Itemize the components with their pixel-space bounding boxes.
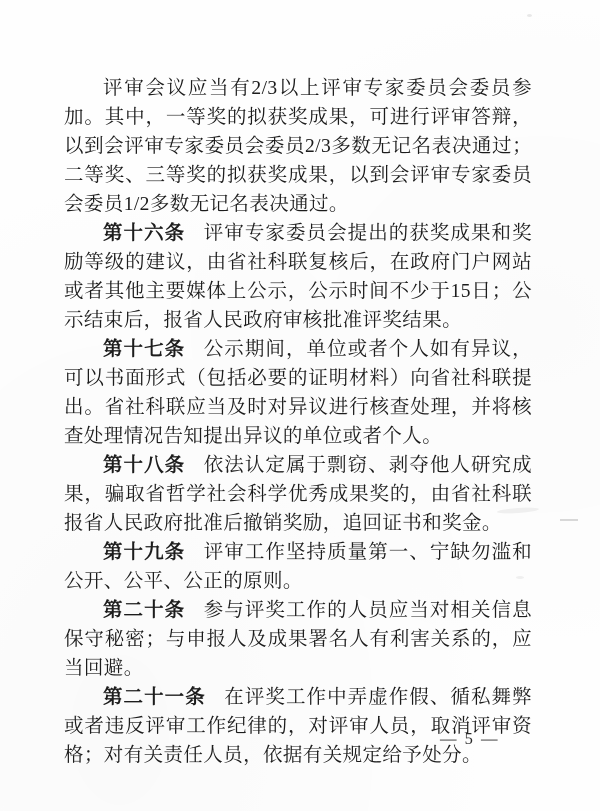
paragraph-article-18: 第十八条依法认定属于剽窃、剥夺他人研究成果，骗取省哲学社会科学优秀成果奖的，由省… bbox=[64, 451, 532, 538]
paragraph-intro: 评审会议应当有2/3以上评审专家委员会委员参加。其中，一等奖的拟获奖成果，可进行… bbox=[64, 74, 532, 219]
scan-artifact bbox=[527, 14, 532, 17]
article-18-heading: 第十八条 bbox=[103, 455, 185, 476]
page-number: — 5 — bbox=[440, 729, 540, 749]
paragraph-article-21: 第二十一条在评奖工作中弄虚作假、循私舞弊或者违反评审工作纪律的，对评审人员，取消… bbox=[64, 683, 532, 770]
scan-artifact bbox=[560, 519, 578, 521]
article-16-heading: 第十六条 bbox=[103, 223, 185, 244]
paragraph-article-16: 第十六条评审专家委员会提出的获奖成果和奖励等级的建议，由省社科联复核后，在政府门… bbox=[64, 219, 532, 335]
paragraph-article-20: 第二十条参与评奖工作的人员应当对相关信息保守秘密；与申报人及成果署名人有利害关系… bbox=[64, 596, 532, 683]
article-17-heading: 第十七条 bbox=[103, 339, 185, 360]
article-19-heading: 第十九条 bbox=[103, 542, 185, 563]
article-20-heading: 第二十条 bbox=[103, 600, 185, 621]
document-body: 评审会议应当有2/3以上评审专家委员会委员参加。其中，一等奖的拟获奖成果，可进行… bbox=[64, 74, 532, 770]
scanned-document-page: 评审会议应当有2/3以上评审专家委员会委员参加。其中，一等奖的拟获奖成果，可进行… bbox=[0, 0, 600, 811]
paragraph-article-17: 第十七条公示期间，单位或者个人如有异议，可以书面形式（包括必要的证明材料）向省社… bbox=[64, 335, 532, 451]
article-21-heading: 第二十一条 bbox=[103, 687, 206, 708]
paragraph-article-19: 第十九条评审工作坚持质量第一、宁缺勿滥和公开、公平、公正的原则。 bbox=[64, 538, 532, 596]
paragraph-text: 评审会议应当有2/3以上评审专家委员会委员参加。其中，一等奖的拟获奖成果，可进行… bbox=[64, 78, 532, 215]
